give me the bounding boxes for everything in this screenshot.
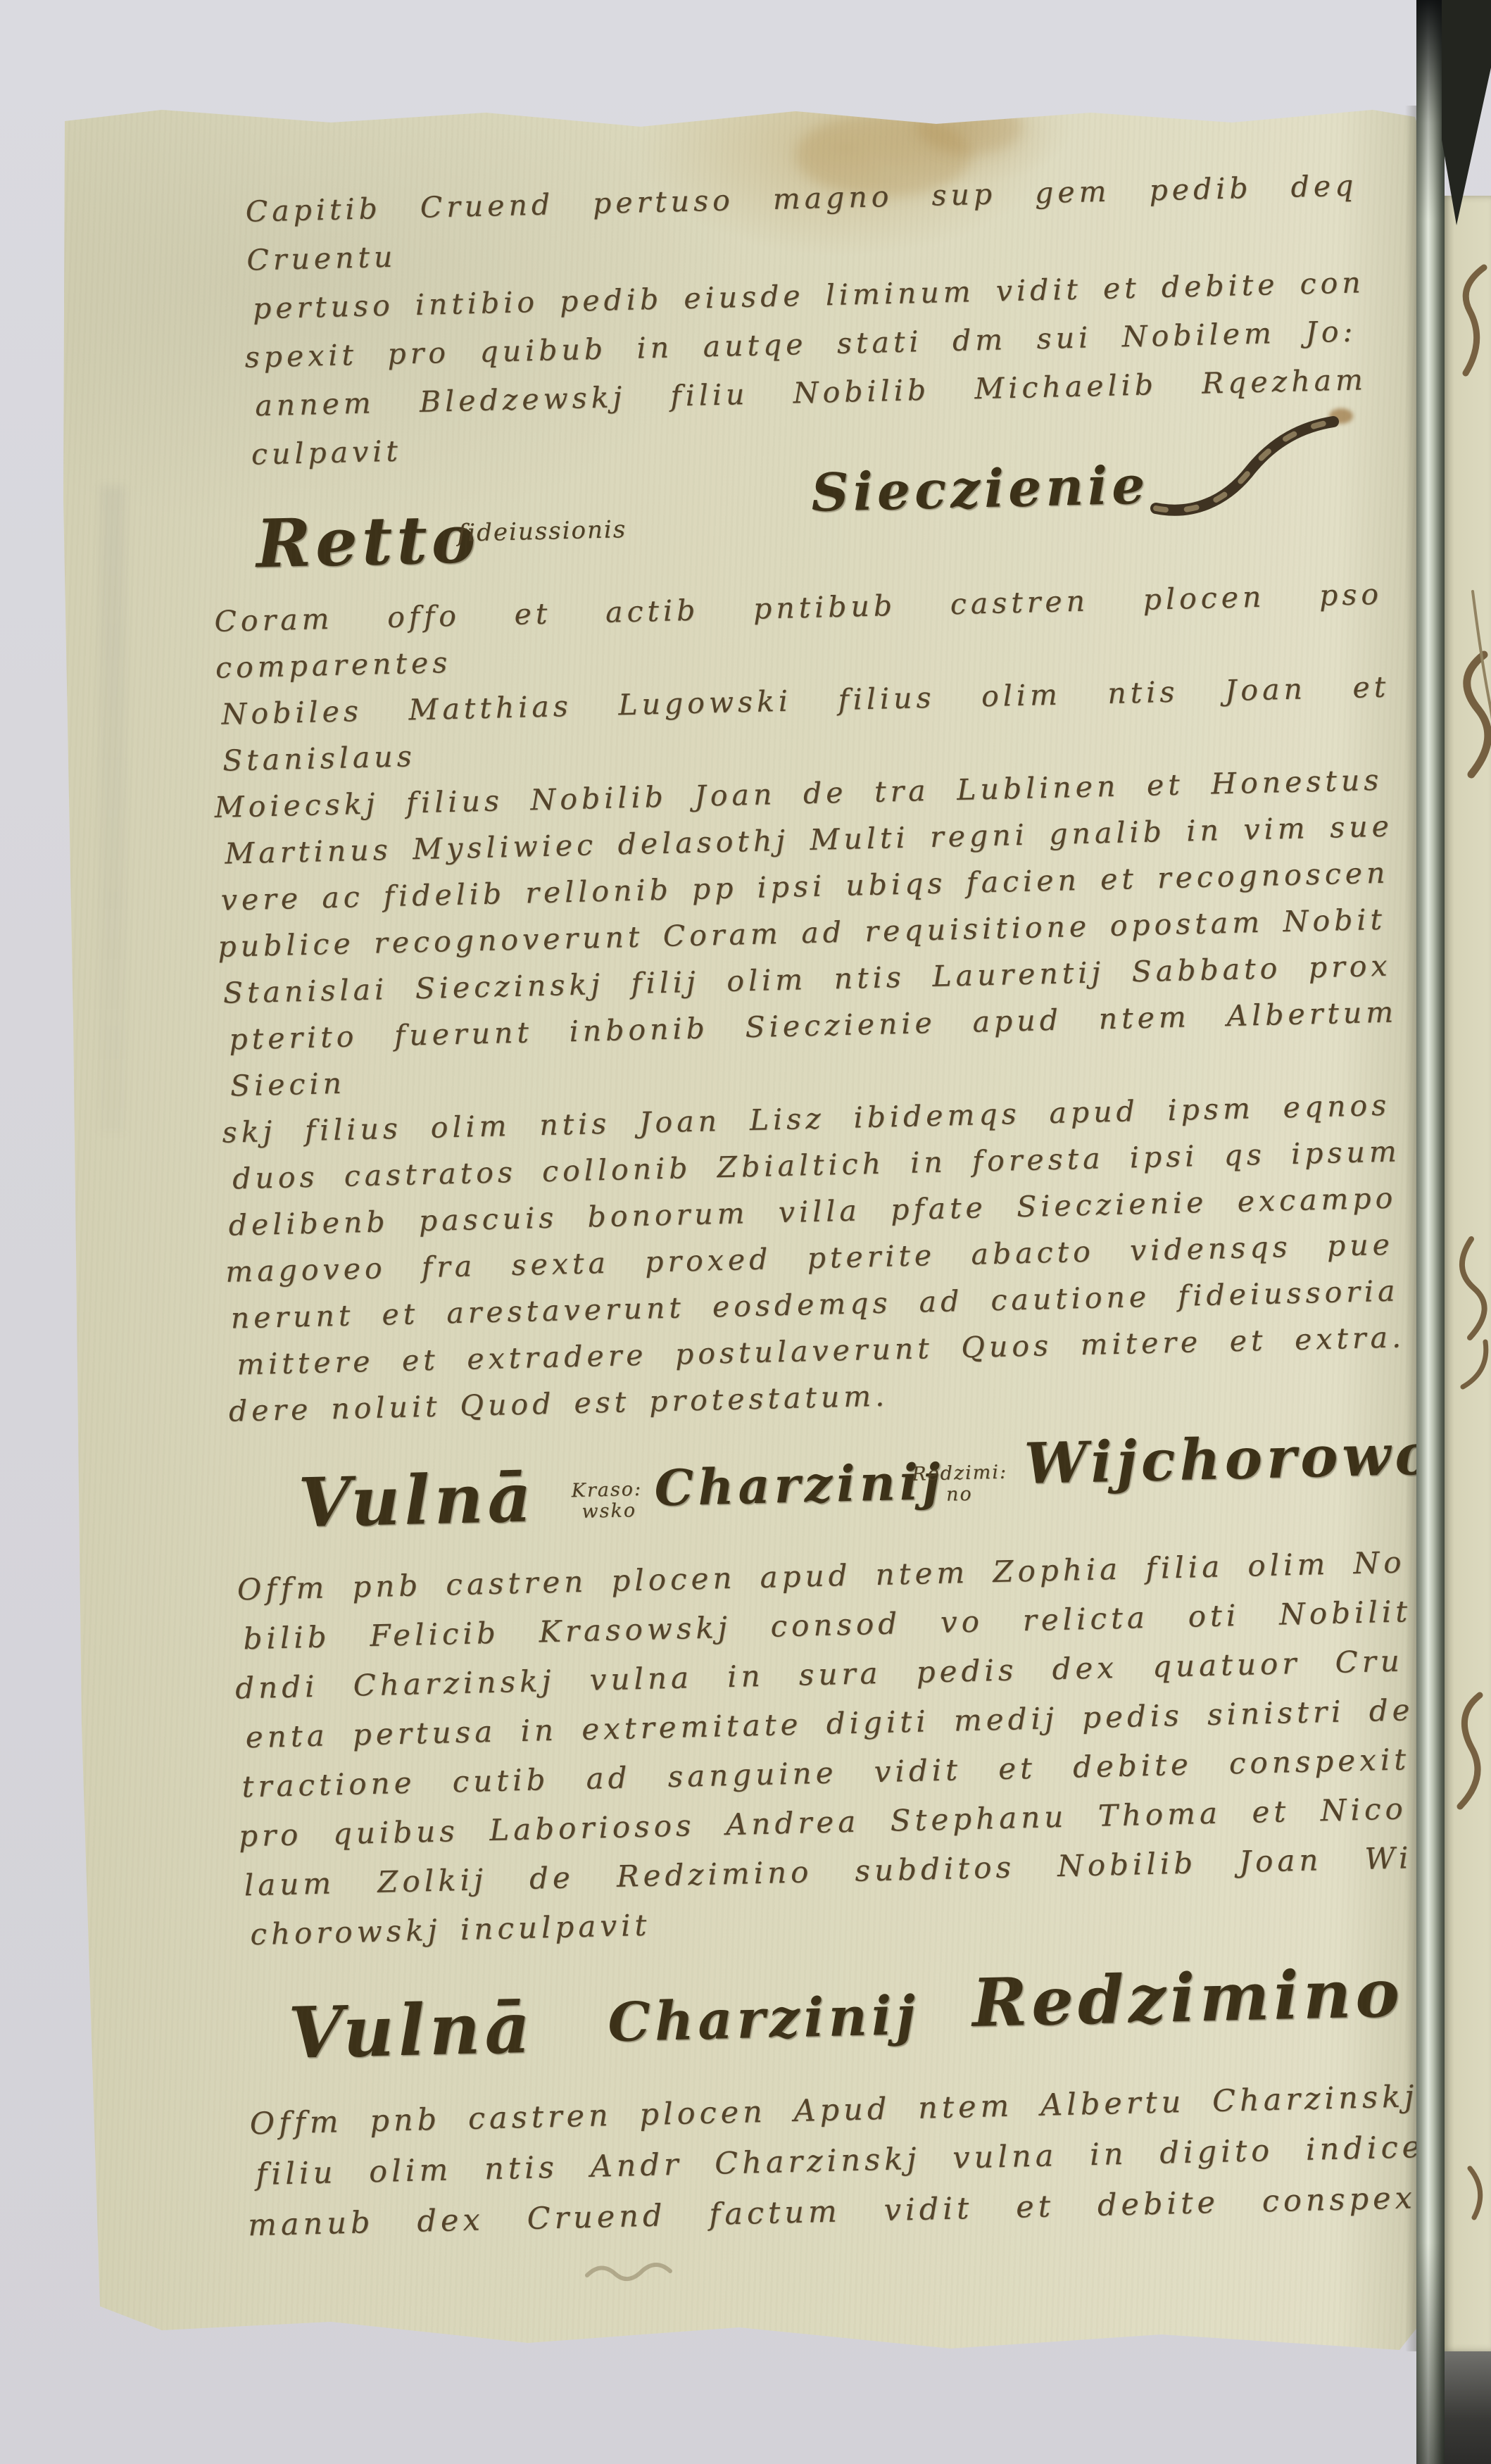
entry-3: Offm pnb castren plocen apud ntem Zophia… xyxy=(237,1538,1414,1959)
heading-annotation: Redzimi: xyxy=(912,1463,1007,1485)
adjacent-page-writing xyxy=(1442,196,1491,2351)
place-name: Wijchorowo xyxy=(1024,1426,1437,1492)
heading-word: Retto xyxy=(256,506,481,577)
heading-annotation: wsko xyxy=(581,1501,636,1522)
heading-word: Charzinij xyxy=(608,1989,920,2049)
binding-dark-wedge xyxy=(1442,0,1491,225)
manuscript-photo: Capitib Cruend pertuso magno sup gem ped… xyxy=(0,0,1491,2464)
entry-1: Capitib Cruend pertuso magno sup gem ped… xyxy=(245,161,1364,479)
adjacent-page-shadow xyxy=(1442,2351,1491,2464)
heading-annotation: Kraso: xyxy=(571,1480,642,1501)
place-name: Redzimino xyxy=(971,1961,1404,2037)
entry-2: Coram offo et actib pntibub castren ploc… xyxy=(214,571,1402,1435)
heading-word: Charzinij xyxy=(654,1457,945,1514)
adjacent-page-edge xyxy=(1442,196,1491,2351)
heading-word: Vulnā xyxy=(288,1992,536,2068)
manuscript-page: Capitib Cruend pertuso magno sup gem ped… xyxy=(35,106,1421,2350)
heading-annotation: no xyxy=(946,1485,973,1505)
place-name: Sieczienie xyxy=(811,460,1150,520)
glass-clamp-bar xyxy=(1416,0,1445,2464)
heading-annotation: fideiussionis xyxy=(457,520,627,543)
fox-stain xyxy=(917,99,1022,155)
handwritten-text-block: Capitib Cruend pertuso magno sup gem ped… xyxy=(204,161,1421,2251)
entry-4: Offm pnb castren plocen Apud ntem Albert… xyxy=(249,2071,1421,2251)
heading-word: Vulnā xyxy=(298,1464,536,1537)
crease-streak xyxy=(100,486,125,1133)
